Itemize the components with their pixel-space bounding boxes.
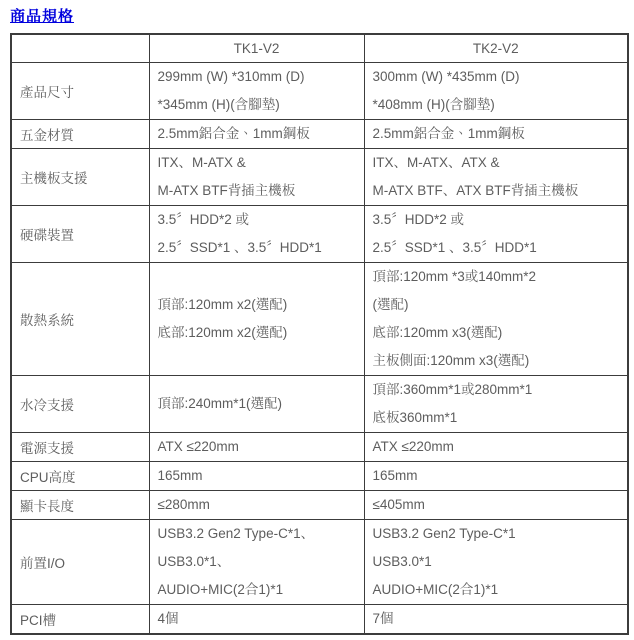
value-line: ATX ≤220mm <box>158 433 356 461</box>
value-line: AUDIO+MIC(2合1)*1 <box>158 576 356 604</box>
value-line: M-ATX BTF背插主機板 <box>158 177 356 205</box>
tk2-value-cell: USB3.2 Gen2 Type-C*1 USB3.0*1 AUDIO+MIC(… <box>364 519 628 604</box>
value-line: 2.5〞SSD*1 、3.5〞HDD*1 <box>373 234 620 262</box>
table-row-material: 五金材質 2.5mm鋁合金、1mm鋼板 2.5mm鋁合金、1mm鋼板 <box>11 119 628 148</box>
tk1-value-cell: ≤280mm <box>149 490 364 519</box>
value-line: 3.5〞HDD*2 或 <box>158 206 356 234</box>
spec-label: 硬碟裝置 <box>11 205 149 262</box>
value-line: ATX ≤220mm <box>373 433 620 461</box>
spec-label: 顯卡長度 <box>11 490 149 519</box>
spec-label: 五金材質 <box>11 119 149 148</box>
value-line: 頂部:360mm*1或280mm*1 <box>373 376 620 404</box>
value-line: 頂部:120mm *3或140mm*2 <box>373 263 620 291</box>
value-line: ITX、M-ATX、ATX & <box>373 149 620 177</box>
tk1-value-cell: 3.5〞HDD*2 或 2.5〞SSD*1 、3.5〞HDD*1 <box>149 205 364 262</box>
value-line: USB3.0*1、 <box>158 548 356 576</box>
spec-label: 主機板支援 <box>11 148 149 205</box>
table-row-drives: 硬碟裝置 3.5〞HDD*2 或 2.5〞SSD*1 、3.5〞HDD*1 3.… <box>11 205 628 262</box>
tk2-value-cell: 300mm (W) *435mm (D) *408mm (H)(含腳墊) <box>364 62 628 119</box>
value-line: 2.5〞SSD*1 、3.5〞HDD*1 <box>158 234 356 262</box>
header-row: TK1-V2 TK2-V2 <box>11 34 628 62</box>
table-row-pci-slots: PCI槽 4個 7個 <box>11 604 628 634</box>
spec-table: TK1-V2 TK2-V2 產品尺寸 299mm (W) *310mm (D) … <box>10 33 629 635</box>
spec-label: CPU高度 <box>11 461 149 490</box>
tk1-value-cell: ATX ≤220mm <box>149 432 364 461</box>
tk2-value-cell: 165mm <box>364 461 628 490</box>
table-row-psu: 電源支援 ATX ≤220mm ATX ≤220mm <box>11 432 628 461</box>
table-row-motherboard: 主機板支援 ITX、M-ATX & M-ATX BTF背插主機板 ITX、M-A… <box>11 148 628 205</box>
value-line: 頂部:240mm*1(選配) <box>158 390 356 418</box>
value-line: (選配) <box>373 291 620 319</box>
spec-label: 散熱系統 <box>11 262 149 375</box>
value-line: 165mm <box>158 462 356 490</box>
value-line: 2.5mm鋁合金、1mm鋼板 <box>373 120 620 148</box>
table-row-cooling: 散熱系統 頂部:120mm x2(選配) 底部:120mm x2(選配) 頂部:… <box>11 262 628 375</box>
spec-label: 電源支援 <box>11 432 149 461</box>
tk1-value-cell: 頂部:120mm x2(選配) 底部:120mm x2(選配) <box>149 262 364 375</box>
tk2-value-cell: 2.5mm鋁合金、1mm鋼板 <box>364 119 628 148</box>
value-line: 主板側面:120mm x3(選配) <box>373 347 620 375</box>
spec-label: 水冷支援 <box>11 375 149 432</box>
value-line: AUDIO+MIC(2合1)*1 <box>373 576 620 604</box>
value-line: 2.5mm鋁合金、1mm鋼板 <box>158 120 356 148</box>
table-row-gpu-length: 顯卡長度 ≤280mm ≤405mm <box>11 490 628 519</box>
header-tk1: TK1-V2 <box>149 34 364 62</box>
header-empty-cell <box>11 34 149 62</box>
spec-label: PCI槽 <box>11 604 149 634</box>
tk2-value-cell: ≤405mm <box>364 490 628 519</box>
tk2-value-cell: 7個 <box>364 604 628 634</box>
value-line: 299mm (W) *310mm (D) <box>158 63 356 91</box>
product-spec-page: 商品規格 TK1-V2 TK2-V2 產品尺寸 299mm (W) *310mm… <box>0 0 634 640</box>
spec-label: 產品尺寸 <box>11 62 149 119</box>
value-line: 300mm (W) *435mm (D) <box>373 63 620 91</box>
value-line: USB3.0*1 <box>373 548 620 576</box>
table-row-dimensions: 產品尺寸 299mm (W) *310mm (D) *345mm (H)(含腳墊… <box>11 62 628 119</box>
tk1-value-cell: USB3.2 Gen2 Type-C*1、 USB3.0*1、 AUDIO+MI… <box>149 519 364 604</box>
value-line: *408mm (H)(含腳墊) <box>373 91 620 119</box>
tk2-value-cell: ITX、M-ATX、ATX & M-ATX BTF、ATX BTF背插主機板 <box>364 148 628 205</box>
value-line: USB3.2 Gen2 Type-C*1 <box>373 520 620 548</box>
tk1-value-cell: ITX、M-ATX & M-ATX BTF背插主機板 <box>149 148 364 205</box>
spec-label: 前置I/O <box>11 519 149 604</box>
tk2-value-cell: 3.5〞HDD*2 或 2.5〞SSD*1 、3.5〞HDD*1 <box>364 205 628 262</box>
value-line: *345mm (H)(含腳墊) <box>158 91 356 119</box>
value-line: 7個 <box>373 605 620 633</box>
value-line: 3.5〞HDD*2 或 <box>373 206 620 234</box>
value-line: 底部:120mm x2(選配) <box>158 319 356 347</box>
value-line: M-ATX BTF、ATX BTF背插主機板 <box>373 177 620 205</box>
value-line: 頂部:120mm x2(選配) <box>158 291 356 319</box>
header-tk2: TK2-V2 <box>364 34 628 62</box>
tk2-value-cell: 頂部:360mm*1或280mm*1 底板360mm*1 <box>364 375 628 432</box>
tk2-value-cell: ATX ≤220mm <box>364 432 628 461</box>
tk1-value-cell: 2.5mm鋁合金、1mm鋼板 <box>149 119 364 148</box>
tk1-value-cell: 299mm (W) *310mm (D) *345mm (H)(含腳墊) <box>149 62 364 119</box>
value-line: ITX、M-ATX & <box>158 149 356 177</box>
table-row-front-io: 前置I/O USB3.2 Gen2 Type-C*1、 USB3.0*1、 AU… <box>11 519 628 604</box>
value-line: ≤405mm <box>373 491 620 519</box>
tk1-value-cell: 頂部:240mm*1(選配) <box>149 375 364 432</box>
value-line: 4個 <box>158 605 356 633</box>
tk1-value-cell: 165mm <box>149 461 364 490</box>
value-line: USB3.2 Gen2 Type-C*1、 <box>158 520 356 548</box>
table-row-watercooling: 水冷支援 頂部:240mm*1(選配) 頂部:360mm*1或280mm*1 底… <box>11 375 628 432</box>
tk2-value-cell: 頂部:120mm *3或140mm*2 (選配) 底部:120mm x3(選配)… <box>364 262 628 375</box>
value-line: ≤280mm <box>158 491 356 519</box>
value-line: 底板360mm*1 <box>373 404 620 432</box>
value-line: 底部:120mm x3(選配) <box>373 319 620 347</box>
section-title-link[interactable]: 商品規格 <box>10 5 74 26</box>
value-line: 165mm <box>373 462 620 490</box>
table-row-cpu-height: CPU高度 165mm 165mm <box>11 461 628 490</box>
tk1-value-cell: 4個 <box>149 604 364 634</box>
